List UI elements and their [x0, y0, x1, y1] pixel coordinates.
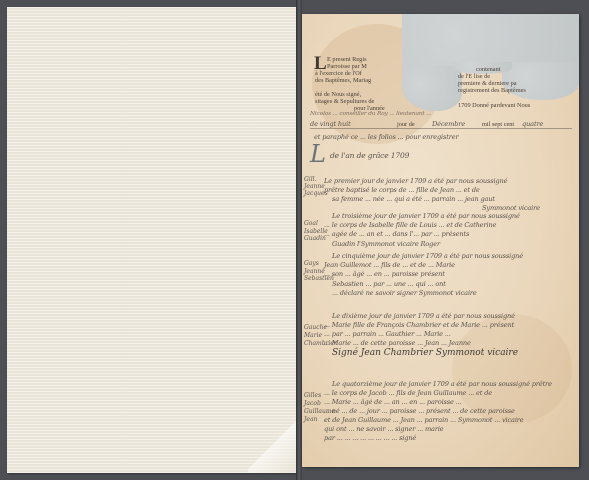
entry-line: Le cinquième jour de janvier 1709 a été … — [332, 252, 523, 260]
left-blank-page — [7, 7, 298, 473]
date-month: Décembre — [432, 120, 465, 128]
date-label: jour de — [397, 121, 415, 129]
torn-area — [402, 14, 579, 66]
date-year-written: quatre — [522, 120, 543, 128]
book-spread: L E present Regis Parroisse par M à l'ex… — [0, 0, 589, 480]
margin-note: Gays — [304, 260, 319, 267]
printed-line: registrement des Baptêmes — [458, 87, 526, 95]
margin-note: Goal — [304, 220, 318, 227]
margin-note: Jean — [304, 416, 317, 423]
entry-signature: Symmonot vicaire — [482, 204, 540, 212]
initial-line: de l'an de grâce 1709 — [330, 152, 409, 160]
large-initial: L — [310, 140, 326, 168]
entry-line: ... le corps de Jacob ... fils de Jean G… — [324, 389, 492, 397]
entry-line: ... Marie ... de cette paroisse ... Jean… — [324, 339, 471, 347]
margin-note: Guadin — [304, 235, 326, 242]
entry-line: Le dixième jour de janvier 1709 a été pa… — [332, 312, 515, 320]
page-corner-fold — [248, 413, 298, 473]
margin-note: Jeanne — [304, 183, 325, 190]
entry-line: ... le corps de Isabelle fille de Louis … — [324, 221, 496, 229]
entry-line: sa femme ... née ... qui a été ... parra… — [332, 195, 495, 203]
entry-line: et de Jean Guillaume ... Jean ... parrai… — [324, 416, 524, 424]
margin-note: Jacob — [304, 400, 321, 407]
entry-line: ... Marie ... âgé de ... an ... en ... p… — [324, 398, 462, 406]
entry-line: ... né ... de ... jour ... paroisse ... … — [324, 407, 515, 415]
margin-note: Gill. — [304, 176, 316, 183]
entry-line: ... agée de ... an et ... dans l'... par… — [324, 230, 469, 238]
printed-line: des Baptêmes, Mariag — [315, 77, 371, 85]
handwritten-header: Nicolas ... conseiller du Roy ... lieute… — [310, 110, 431, 118]
entry-line: Le quatorzième jour de janvier 1709 a ét… — [332, 380, 552, 388]
entry-line: ... par ... parrain ... Gauthier ... Mar… — [324, 330, 451, 338]
handwritten-header: et paraphé ce ... les folios ... pour en… — [314, 133, 458, 141]
date-year-label: mil sept cent — [482, 121, 514, 129]
entry-line: ... Marie fille de François Chambrier et… — [324, 321, 514, 329]
divider — [310, 128, 572, 129]
entry-signature: Signé Jean Chambrier Symmonot vicaire — [332, 348, 518, 358]
entry-line: Le premier jour de janvier 1709 a été pa… — [324, 177, 507, 185]
entry-line: qui ont ... ne savoir ... signer ... mar… — [324, 425, 444, 433]
entry-line: Le troisième jour de janvier 1709 a été … — [332, 212, 520, 220]
entry-line: Jean Guillemot ... fils de ... et de ...… — [324, 261, 455, 269]
entry-line: prêtre baptisé le corps de ... fille de … — [324, 186, 480, 194]
entry-line: Sebastien ... par ... une ... qui ... on… — [332, 280, 446, 288]
margin-note: Gilles — [304, 392, 321, 399]
printed-line: 1709 Donné pardevant Nous — [458, 102, 530, 110]
entry-line: ... son ... âgé ... en ... paroisse prés… — [324, 270, 445, 278]
entry-signature: Guadin l'Symmonot vicaire Roger — [332, 240, 440, 248]
entry-signature: ... déclaré ne savoir signer Symmonot vi… — [332, 289, 477, 297]
date-day: de vingt huit — [310, 120, 351, 128]
margin-note: Jeanne — [304, 268, 325, 275]
entry-line: par ... ... ... ... ... ... ... ... sign… — [324, 434, 416, 442]
manuscript-page: L E present Regis Parroisse par M à l'ex… — [302, 14, 579, 467]
margin-note: Marie — [304, 332, 322, 339]
